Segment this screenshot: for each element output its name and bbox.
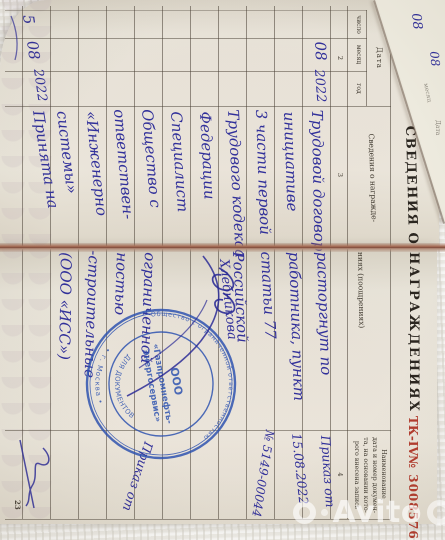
avito-logo-dot-icon xyxy=(321,509,328,516)
header-bottom-rule xyxy=(347,6,348,519)
right-page-title: НАГРАЖДЕНИЯХ xyxy=(406,252,421,413)
photo-of-workbook: СВЕДЕНИЯ О НАГРАЖДЕНИЯХ ТК-IV № 3008576 … xyxy=(0,0,445,540)
entry1-left-line: Трудовой договор xyxy=(308,110,328,252)
year-column-label: год xyxy=(355,71,362,106)
col3-header-right: ниях (поощрениях) xyxy=(356,252,367,362)
col2-number: 2 xyxy=(336,10,344,106)
day-column-label: число xyxy=(355,11,362,38)
entry1-month: 08 xyxy=(311,41,330,61)
avito-logo-icon xyxy=(293,501,316,524)
table-top-rule xyxy=(390,6,391,519)
prev-page-print-fragment: месяц xyxy=(422,83,433,103)
avito-logo-icon xyxy=(427,500,445,525)
entry1-year: 2022 xyxy=(311,69,328,103)
row-rule xyxy=(78,6,79,519)
svg-text:ООО: ООО xyxy=(167,366,185,396)
book-fold xyxy=(0,243,445,252)
prev-page-print-fragment: Дата xyxy=(434,120,441,135)
col-day-left-rule xyxy=(5,10,367,11)
avito-watermark: Avito xyxy=(293,495,443,530)
entry2-right-line: (ООО «ИСС») xyxy=(55,252,75,360)
prev-page-fragment: 08 xyxy=(408,12,425,30)
page-number: 23 xyxy=(13,500,22,510)
series-label: ТК-IV xyxy=(406,416,420,456)
workbook-spread: СВЕДЕНИЯ О НАГРАЖДЕНИЯХ ТК-IV № 3008576 … xyxy=(0,0,445,540)
svg-text:ДЛЯ ДОКУМЕНТОВ: ДЛЯ ДОКУМЕНТОВ xyxy=(107,352,143,423)
col3-number: 3 xyxy=(336,106,344,244)
row-rule xyxy=(50,6,51,519)
date-subheader-rule xyxy=(366,10,367,106)
stamp-icon: Общество с ограниченной ответственностью… xyxy=(71,294,252,475)
entry2-right-line: ностью xyxy=(111,252,131,316)
avito-watermark-text: Avito xyxy=(333,495,422,530)
col-year-col3-rule xyxy=(5,106,391,107)
entry3-month: 08 xyxy=(23,39,43,60)
month-column-label: месяц xyxy=(355,38,362,71)
entry1-left-line: инициативе xyxy=(280,111,301,211)
prev-page-fragment: 08 xyxy=(427,51,443,68)
col-day-month-rule xyxy=(5,38,367,39)
row-rule xyxy=(22,6,23,519)
